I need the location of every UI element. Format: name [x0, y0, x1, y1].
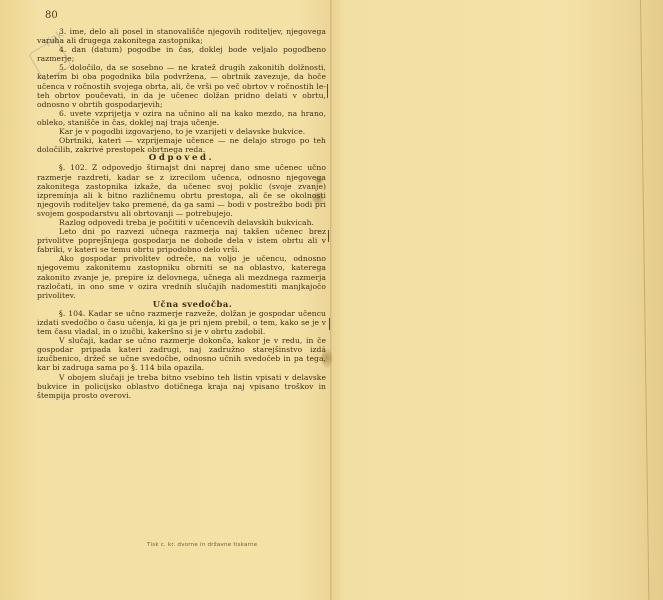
paragraph: Ako gospodar privolitev odreče, na voljo… — [37, 254, 326, 299]
margin-mark — [329, 318, 330, 330]
book-spread: Kak 80 3. ime, delo ali posel in stanova… — [0, 0, 663, 600]
paragraph: Obrtniki, kateri — vzprijemaje učence — … — [37, 136, 326, 154]
paragraph: V slučaji, kadar se učno razmerje dokonč… — [37, 336, 326, 372]
margin-mark — [328, 230, 329, 242]
paragraph: 5. določilo, da se sosebno — ne kratež d… — [37, 63, 326, 108]
paragraph: 4. dan (datum) pogodbe in čas, doklej bo… — [37, 45, 326, 63]
paragraph: §. 102. Z odpovedjo štirnajst dni naprej… — [37, 163, 326, 218]
right-page — [332, 0, 663, 600]
page-number: 80 — [45, 10, 58, 21]
paragraph: 3. ime, delo ali posel in stanovališče n… — [37, 27, 326, 45]
paragraph: Kar je v pogodbi izgovarjeno, to je vzar… — [37, 127, 326, 136]
section-heading-odpoved: Odpoved. — [37, 154, 326, 163]
section-heading-ucna-svedocba: Učna svedočba. — [37, 300, 326, 309]
paragraph: V obojem slučaji je treba bitno vsebino … — [37, 373, 326, 400]
paragraph: Razlog odpovedi treba je počititi v učen… — [37, 218, 326, 227]
paragraph: 6. uvete vzprijetja v ozira na učnino al… — [37, 109, 326, 127]
page-text: 3. ime, delo ali posel in stanovališče n… — [37, 27, 326, 400]
paragraph: Leto dni po razvezi učnega razmerja naj … — [37, 227, 326, 254]
left-page: 80 3. ime, delo ali posel in stanovališč… — [37, 0, 326, 600]
margin-mark — [327, 84, 328, 98]
printer-imprint: Tisk c. kr. dvorne in državne tiskarne — [147, 542, 257, 548]
paragraph: §. 104. Kadar se učno razmerje razveže, … — [37, 309, 326, 336]
